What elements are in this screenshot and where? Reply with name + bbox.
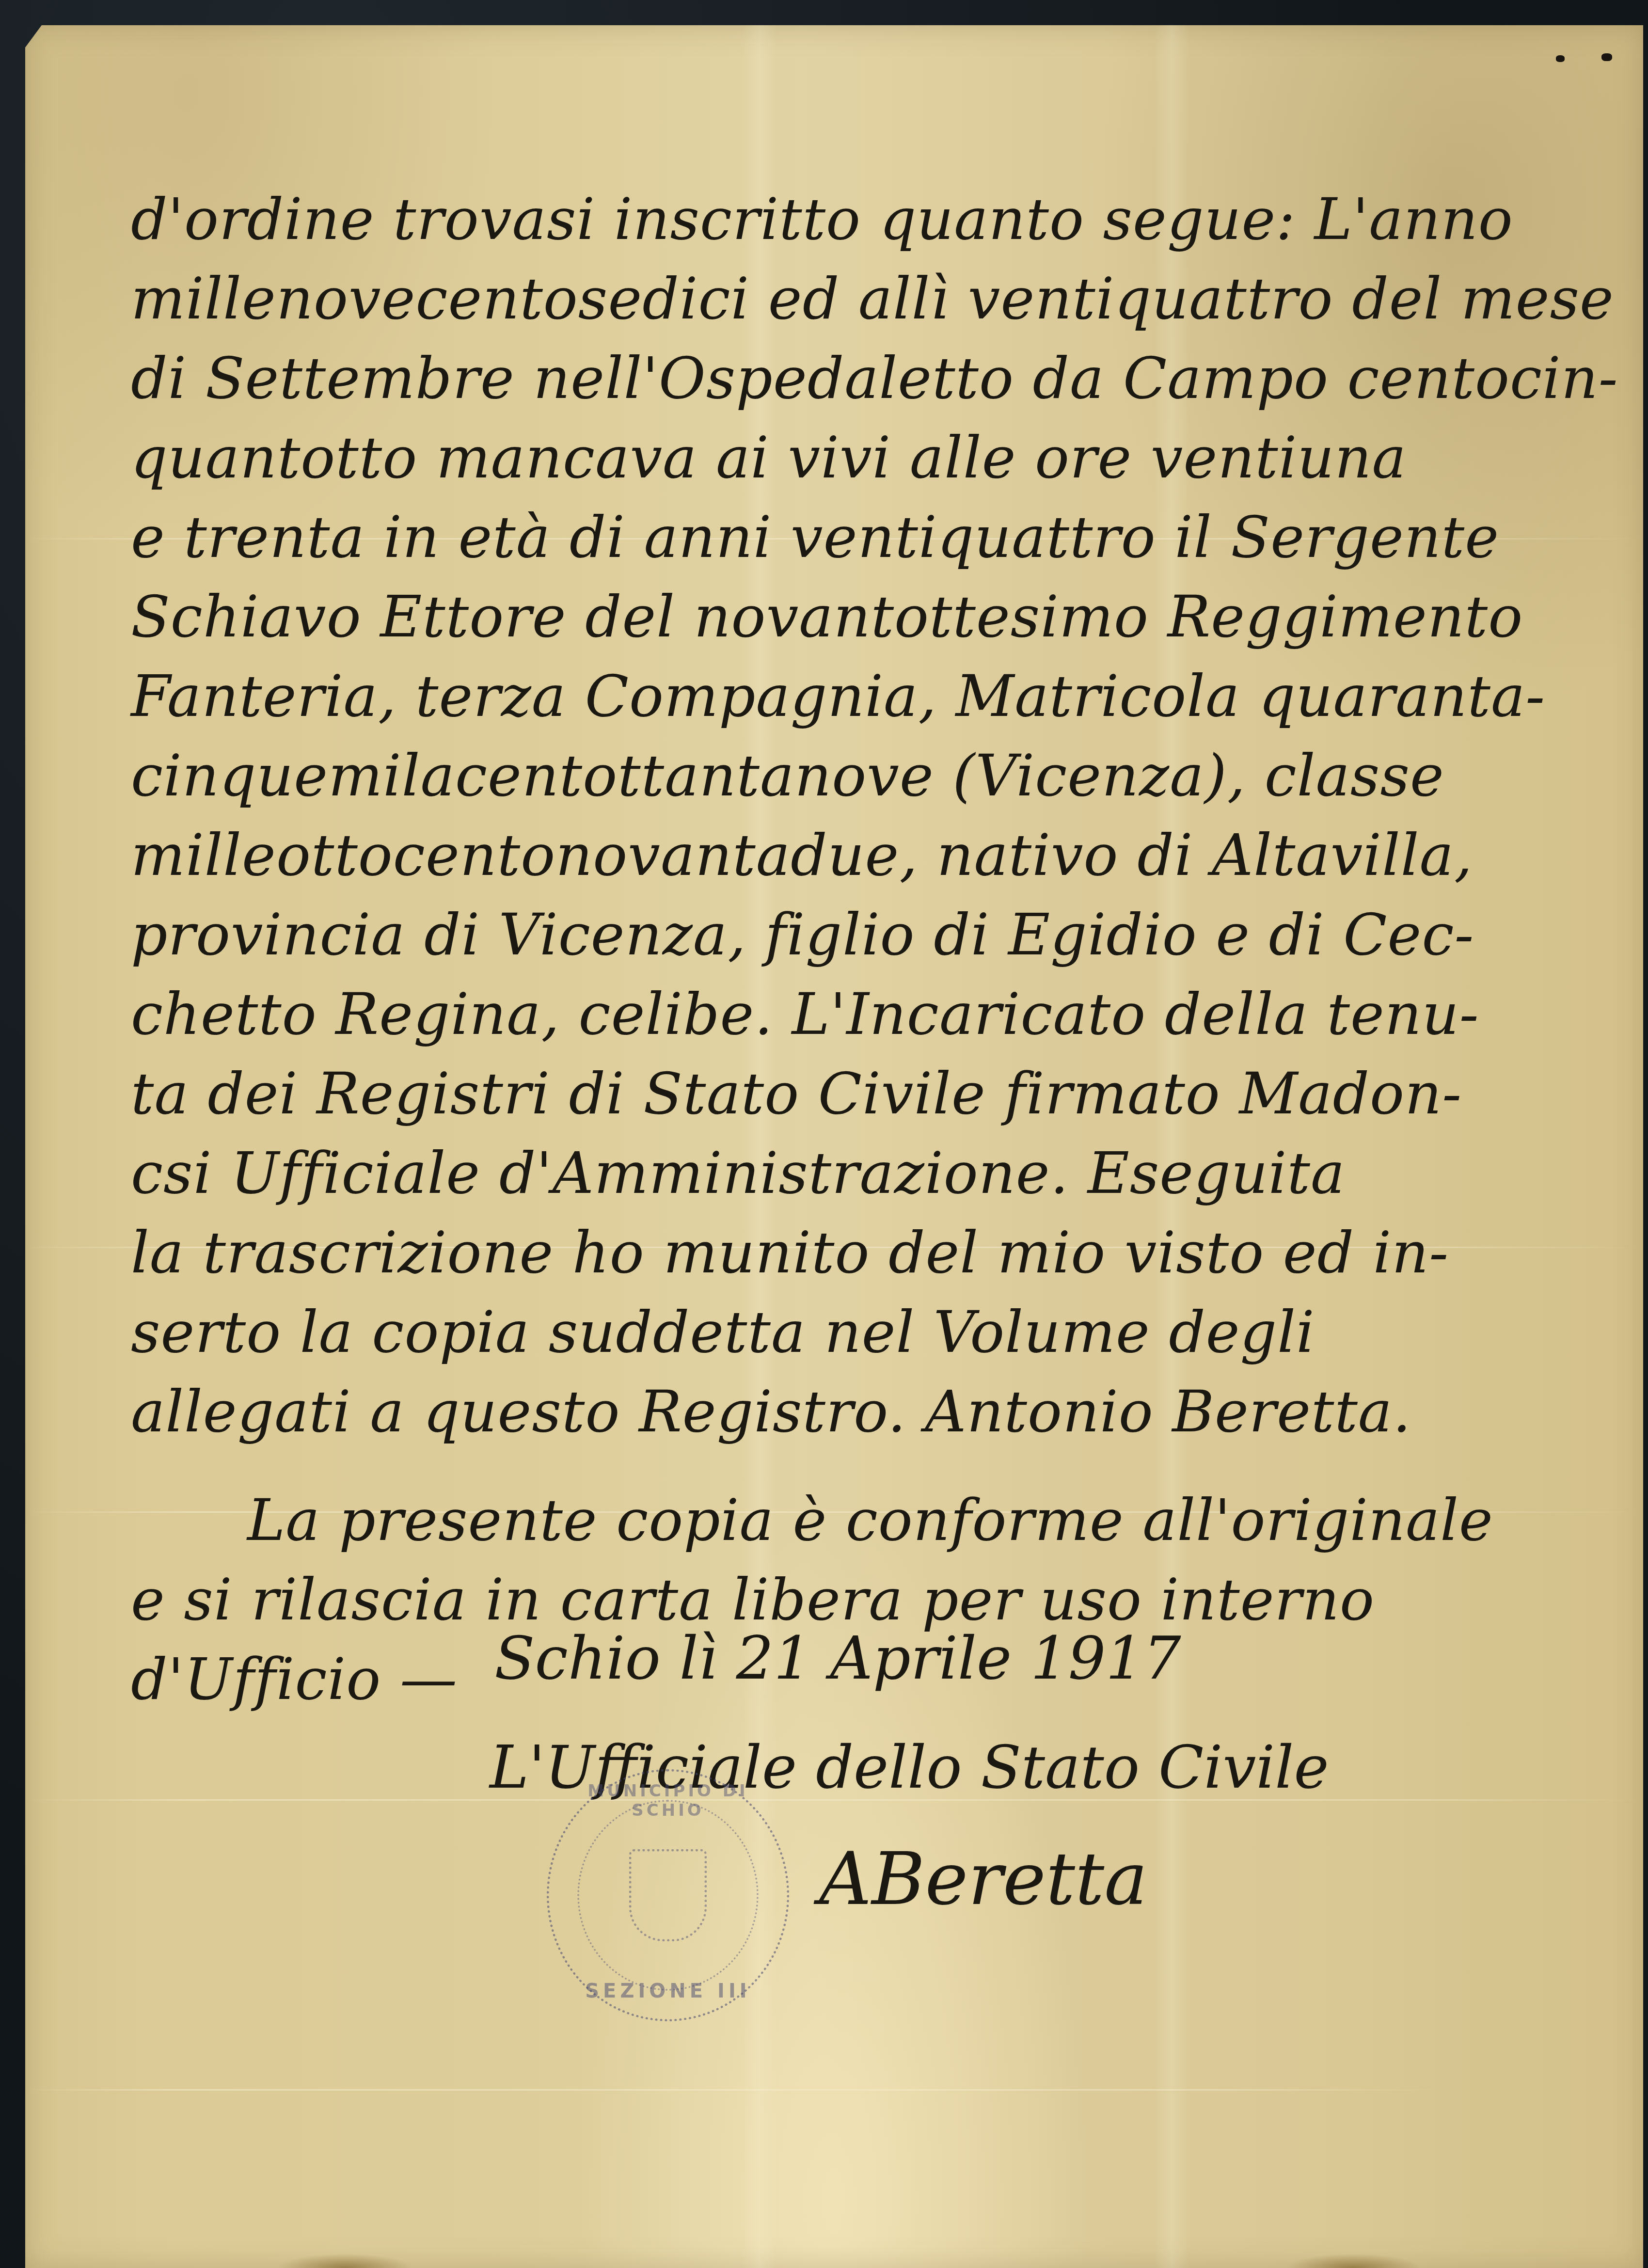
binding-shadow bbox=[1285, 2253, 1421, 2268]
body-line: ta dei Registri di Stato Civile firmato … bbox=[131, 1054, 1566, 1133]
record-body: d'ordine trovasi inscritto quanto segue:… bbox=[131, 179, 1566, 1719]
closing-line: La presente copia è conforme all'origina… bbox=[131, 1480, 1566, 1560]
body-line: di Settembre nell'Ospedaletto da Campo c… bbox=[131, 338, 1566, 418]
body-line: milleottocentonovantadue, nativo di Alta… bbox=[131, 815, 1566, 895]
body-line: quantotto mancava ai vivi alle ore venti… bbox=[131, 418, 1566, 497]
body-line: e trenta in età di anni ventiquattro il … bbox=[131, 497, 1566, 577]
fold-line bbox=[25, 2089, 1440, 2091]
paragraph-gap bbox=[131, 1451, 1566, 1480]
body-line: Schiavo Ettore del novantottesimo Reggim… bbox=[131, 577, 1566, 656]
stamp-bottom-text: SEZIONE III bbox=[549, 1980, 787, 2002]
body-line: csi Ufficiale d'Amministrazione. Eseguit… bbox=[131, 1133, 1566, 1213]
binding-shadow bbox=[277, 2253, 413, 2268]
body-line: provincia di Vicenza, figlio di Egidio e… bbox=[131, 895, 1566, 974]
signature: ABeretta bbox=[819, 1837, 1148, 1921]
body-line: serto la copia suddetta nel Volume degli bbox=[131, 1292, 1566, 1372]
place-date: Schio lì 21 Aprile 1917 bbox=[494, 1624, 1181, 1693]
coat-of-arms-icon bbox=[629, 1849, 707, 1941]
body-line: allegati a questo Registro. Antonio Bere… bbox=[131, 1372, 1566, 1451]
body-line: d'ordine trovasi inscritto quanto segue:… bbox=[131, 179, 1566, 259]
body-line: chetto Regina, celibe. L'Incaricato dell… bbox=[131, 974, 1566, 1054]
body-line: Fanteria, terza Compagnia, Matricola qua… bbox=[131, 656, 1566, 736]
staple-hole-icon bbox=[1556, 55, 1565, 62]
body-line: cinquemilacentottantanove (Vicenza), cla… bbox=[131, 736, 1566, 815]
staple-hole-icon bbox=[1601, 53, 1612, 61]
municipal-stamp: MUNICIPIO DI SCHIO SEZIONE III bbox=[547, 1769, 789, 2021]
body-line: la trascrizione ho munito del mio visto … bbox=[131, 1213, 1566, 1292]
body-line: millenovecentosedici ed allì ventiquattr… bbox=[131, 259, 1566, 338]
stamp-top-text: MUNICIPIO DI SCHIO bbox=[549, 1781, 787, 1820]
